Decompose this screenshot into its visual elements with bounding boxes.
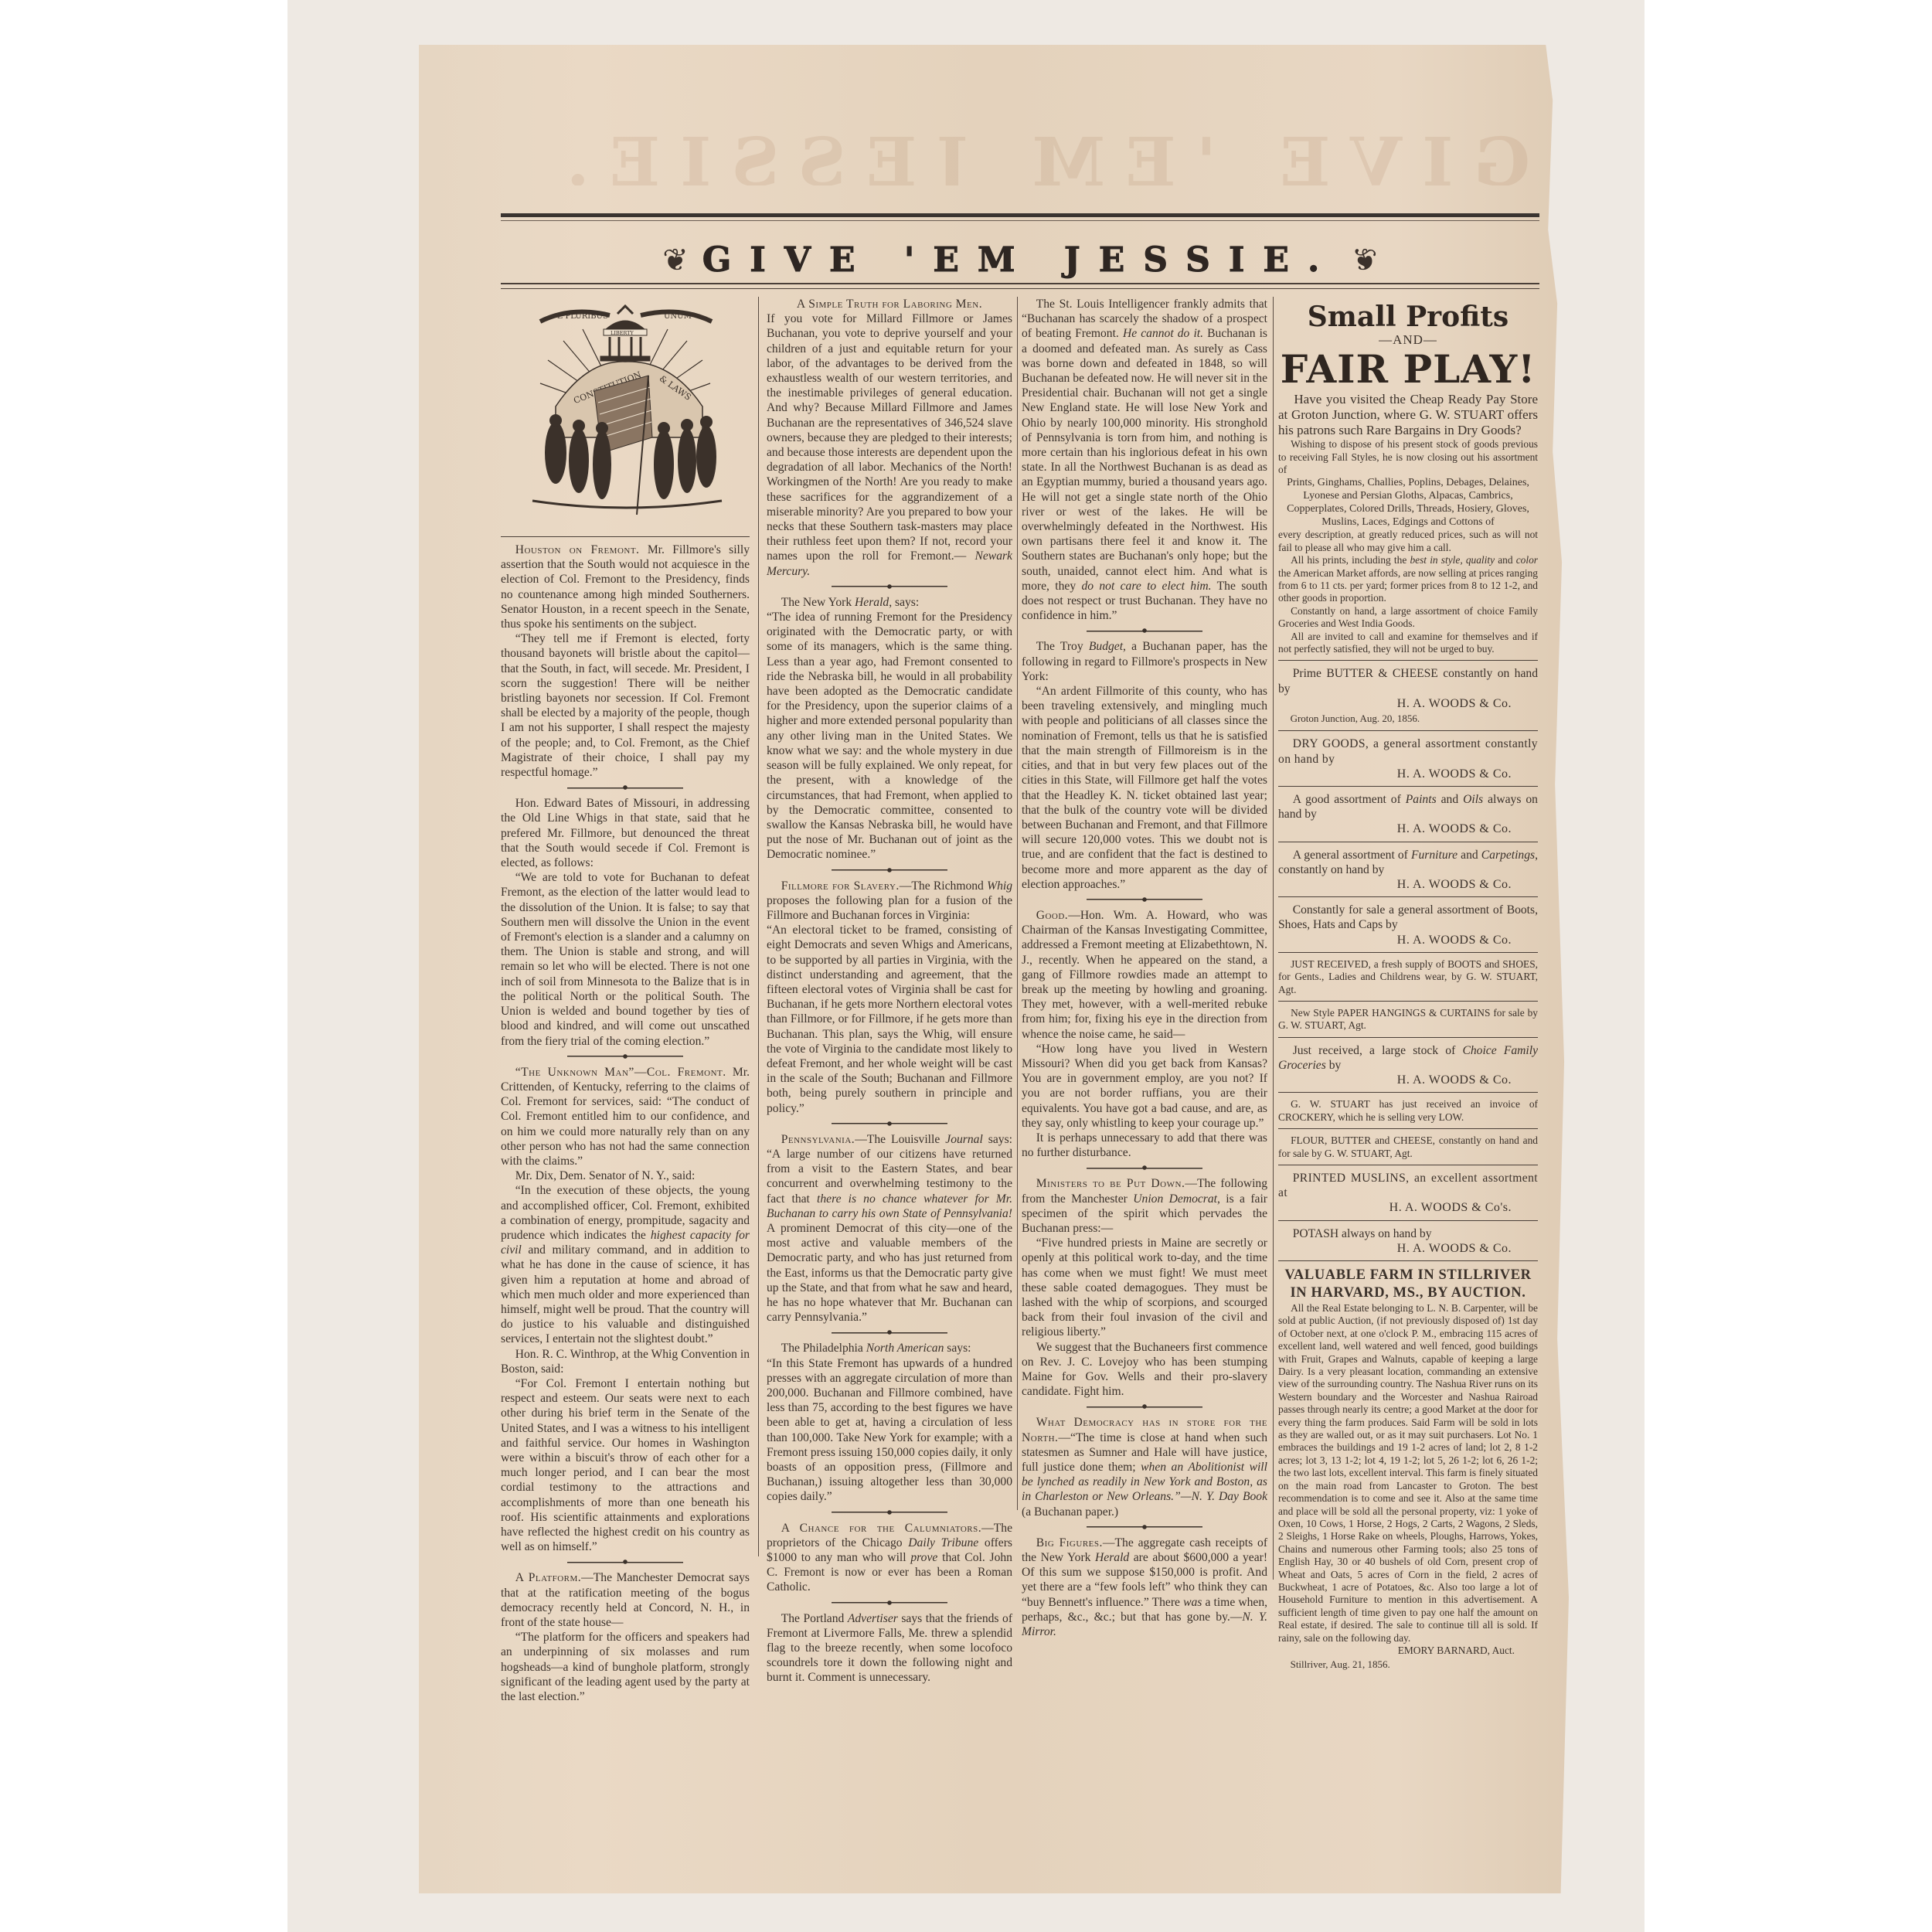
ad-rule [1278,660,1538,661]
svg-text:UNUM: UNUM [664,312,692,321]
ad-prints: All his prints, including the best in st… [1278,554,1538,605]
ornamental-separator [1087,1164,1202,1172]
article-troy-budget-quote: “An ardent Fillmorite of this county, wh… [1022,684,1267,892]
ornamental-separator [832,866,947,874]
article-ministers-quote: “Five hundred priests in Maine are secre… [1022,1236,1267,1339]
ad-invite: All are invited to call and examine for … [1278,631,1538,656]
ad-dateline: Groton Junction, Aug. 20, 1856. [1278,711,1538,726]
ad-printed-muslins: PRINTED MUSLINS, an excellent assortment… [1278,1171,1538,1200]
article-houston-quote: “They tell me if Fremont is elected, for… [501,631,750,780]
ad-merchant: H. A. WOODS & Co. [1278,933,1538,947]
article-herald-intro: The New York Herald, says: [767,595,1012,610]
ad-choice-groceries: Just received, a large stock of Choice F… [1278,1043,1538,1073]
ad-dry-goods: DRY GOODS, a general assortment constant… [1278,736,1538,766]
ad-groceries: Constantly on hand, a large assortment o… [1278,605,1538,631]
ad-rule [1278,1165,1538,1165]
article-good: Good.—Hon. Wm. A. Howard, who was Chairm… [1022,908,1267,1042]
article-portland: The Portland Advertiser says that the fr… [767,1611,1012,1685]
ad-title-fair-play: FAIR PLAY! [1278,347,1538,392]
ad-butter-cheese: Prime BUTTER & CHEESE constantly on hand… [1278,666,1538,696]
ad-merchant: H. A. WOODS & Co. [1278,821,1538,836]
ornamental-separator [832,583,947,590]
ad-potash: POTASH always on hand by [1278,1226,1538,1241]
ad-paints-oils: A good assortment of Paints and Oils alw… [1278,792,1538,821]
article-ministers: Ministers to be Put Down.—The following … [1022,1176,1267,1236]
scroll-ornament-left-icon: ❦ [662,242,689,278]
ad-rule [1278,730,1538,731]
ornamental-separator [1087,627,1202,634]
article-ministers-tail: We suggest that the Buchaneers first com… [1022,1340,1267,1400]
ad-rule [1278,952,1538,953]
ad-goods-list: Prints, Ginghams, Challies, Poplins, Deb… [1278,476,1538,529]
column-divider [1017,297,1018,1510]
ad-merchant: H. A. WOODS & Co. [1278,877,1538,892]
article-platform-quote: “The platform for the officers and speak… [501,1630,750,1704]
ornamental-separator [567,784,683,791]
ornamental-separator [567,1053,683,1060]
article-dix: Mr. Dix, Dem. Senator of N. Y., said: [501,1168,750,1183]
article-philadelphia-quote: “In this State Fremont has upwards of a … [767,1356,1012,1505]
ad-merchant: H. A. WOODS & Co. [1278,696,1538,711]
svg-text:LIBERTY: LIBERTY [611,330,634,336]
ad-furniture: A general assortment of Furniture and Ca… [1278,848,1538,877]
masthead: ❦ GIVE 'EM JESSIE. ❦ [501,229,1539,291]
ad-boots-shoes: Constantly for sale a general assortment… [1278,903,1538,932]
ad-rule [1278,842,1538,842]
article-big-figures: Big Figures.—The aggregate cash receipts… [1022,1536,1267,1639]
article-unknown-man: “The Unknown Man”—Col. Fremont. Mr. Crit… [501,1065,750,1168]
ornamental-separator [832,1120,947,1128]
masthead-top-rule [501,213,1539,217]
ad-farm-dateline: Stillriver, Aug. 21, 1856. [1278,1657,1538,1672]
ad-rule [1278,1260,1538,1261]
column-4-advertisements: Small Profits —AND— FAIR PLAY! Have you … [1278,297,1538,1672]
ornamental-separator [832,1328,947,1336]
ad-farm-auctioneer: EMORY BARNARD, Auct. [1278,1645,1538,1657]
ad-rule [1278,896,1538,897]
ad-merchant: H. A. WOODS & Co. [1278,1073,1538,1087]
article-dix-quote: “In the execution of these objects, the … [501,1183,750,1346]
ad-rule [1278,1092,1538,1093]
ad-merchant: H. A. WOODS & Co. [1278,767,1538,781]
scroll-ornament-right-icon: ❦ [1352,242,1378,278]
ad-intro: Have you visited the Cheap Ready Pay Sto… [1278,392,1538,438]
ad-rule [1278,1220,1538,1221]
ornamental-separator [1087,1403,1202,1410]
ornamental-separator [832,1509,947,1516]
article-platform: A Platform.—The Manchester Democrat says… [501,1570,750,1630]
article-calumniators: A Chance for the Calumniators.—The propr… [767,1521,1012,1595]
ornamental-separator [832,1599,947,1607]
ad-farm-heading: VALUABLE FARM IN STILLRIVER IN HARVARD, … [1278,1267,1538,1302]
ornamental-separator [1087,896,1202,903]
masthead-title: GIVE 'EM JESSIE. [702,240,1338,280]
article-good-quote: “How long have you lived in Western Miss… [1022,1042,1267,1131]
masthead-bottom-rule-thin [501,288,1539,289]
article-simple-truth-head: A Simple Truth for Laboring Men. [767,297,1012,311]
constitution-laws-engraving: E PLURIBUS UNUM LIBERTY CONSTITUTION & L… [509,298,741,530]
masthead-bottom-rule [501,283,1539,284]
ad-crockery: G. W. STUART has just received an invoic… [1278,1098,1538,1124]
article-philadelphia: The Philadelphia North American says: [767,1341,1012,1355]
article-winthrop-quote: “For Col. Fremont I entertain nothing bu… [501,1376,750,1554]
bleed-through-masthead: GIVE 'EM JESSIE. [433,124,1530,185]
article-troy-budget: The Troy Budget, a Buchanan paper, has t… [1022,639,1267,684]
engraving-rule [501,536,750,537]
ad-merchant-possessive: H. A. WOODS & Co's. [1278,1200,1538,1215]
article-simple-truth: If you vote for Millard Fillmore or Jame… [767,311,1012,579]
ad-title-and: —AND— [1278,332,1538,347]
article-winthrop: Hon. R. C. Winthrop, at the Whig Convent… [501,1347,750,1376]
article-democracy-store: What Democracy has in store for the Nort… [1022,1415,1267,1519]
masthead-top-rule-thin [501,220,1539,221]
ornamental-separator [1087,1523,1202,1531]
article-good-tail: It is perhaps unnecessary to add that th… [1022,1131,1267,1160]
ad-farm-body: All the Real Estate belonging to L. N. B… [1278,1302,1538,1645]
ad-title-small-profits: Small Profits [1278,301,1538,332]
article-fillmore-slavery-quote: “An electoral ticket to be framed, consi… [767,923,1012,1116]
ad-wishing: Wishing to dispose of his present stock … [1278,438,1538,476]
ornamental-separator [567,1558,683,1566]
article-pennsylvania: Pennsylvania.—The Louisville Journal say… [767,1132,1012,1325]
ad-rule [1278,1037,1538,1038]
ad-merchant: H. A. WOODS & Co. [1278,1241,1538,1256]
column-3: The St. Louis Intelligencer frankly admi… [1022,297,1267,1639]
ad-rule [1278,1001,1538,1002]
column-2: A Simple Truth for Laboring Men. If you … [767,297,1012,1685]
article-fillmore-slavery: Fillmore for Slavery.—The Richmond Whig … [767,879,1012,923]
ad-flour: FLOUR, BUTTER and CHEESE, constantly on … [1278,1134,1538,1160]
ad-just-received: JUST RECEIVED, a fresh supply of BOOTS a… [1278,958,1538,996]
column-divider [758,297,759,1556]
engraving-illustration-icon: E PLURIBUS UNUM LIBERTY CONSTITUTION & L… [509,298,741,530]
ad-paper-hangings: New Style PAPER HANGINGS & CURTAINS for … [1278,1007,1538,1032]
article-st-louis: The St. Louis Intelligencer frankly admi… [1022,297,1267,623]
article-herald-quote: “The idea of running Fremont for the Pre… [767,610,1012,862]
article-houston: Houston on Fremont. Mr. Fillmore's silly… [501,543,750,631]
ad-goods-list-tail: every description, at greatly reduced pr… [1278,529,1538,554]
ad-rule [1278,786,1538,787]
article-bates: Hon. Edward Bates of Missouri, in addres… [501,796,750,870]
svg-text:E PLURIBUS: E PLURIBUS [557,312,608,321]
article-bates-quote: “We are told to vote for Buchanan to def… [501,870,750,1048]
column-1: E PLURIBUS UNUM LIBERTY CONSTITUTION & L… [501,297,750,1704]
column-divider [1273,297,1274,1580]
ad-rule [1278,1128,1538,1129]
